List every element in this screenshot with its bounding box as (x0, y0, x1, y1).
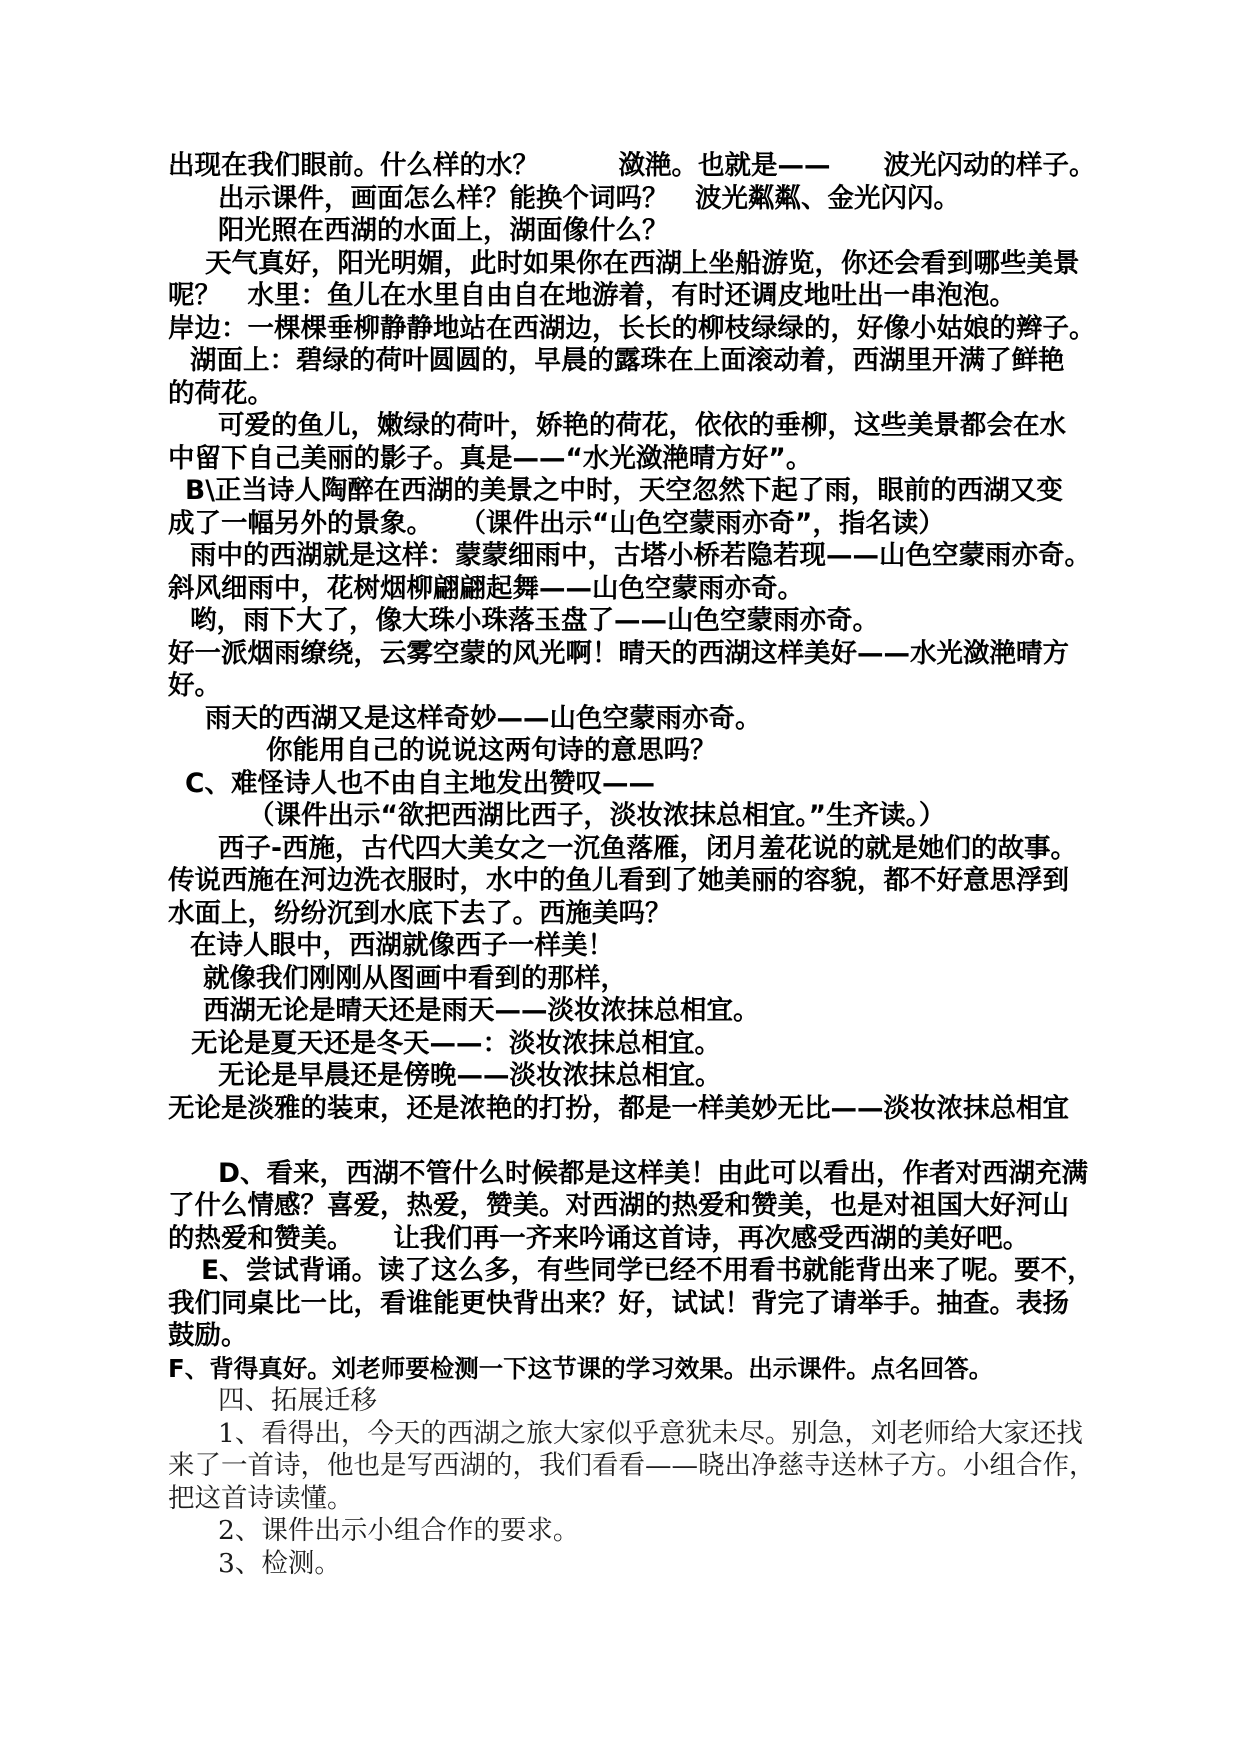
text-line: 传说西施在河边洗衣服时，水中的鱼儿看到了她美丽的容貌，都不好意思浮到 (168, 865, 1105, 898)
text-line: 西子-西施，古代四大美女之一沉鱼落雁，闭月羞花说的就是她们的故事。 (168, 833, 1105, 866)
text-line: 把这首诗读懂。 (168, 1483, 1105, 1516)
text-line: 的荷花。 (168, 378, 1105, 411)
text-line: E、尝试背诵。读了这么多，有些同学已经不用看书就能背出来了呢。要不， (168, 1255, 1105, 1288)
text-line: 雨中的西湖就是这样：蒙蒙细雨中，古塔小桥若隐若现——山色空蒙雨亦奇。 (168, 540, 1105, 573)
text-line: F、背得真好。刘老师要检测一下这节课的学习效果。出示课件。点名回答。 (168, 1353, 1105, 1386)
text-line: 1、看得出，今天的西湖之旅大家似乎意犹未尽。别急，刘老师给大家还找 (168, 1418, 1105, 1451)
text-line: 我们同桌比一比，看谁能更快背出来？好，试试！背完了请举手。抽查。表扬 (168, 1288, 1105, 1321)
blank-line (168, 1125, 1105, 1158)
text-line: 可爱的鱼儿，嫩绿的荷叶，娇艳的荷花，依依的垂柳，这些美景都会在水 (168, 410, 1105, 443)
text-line: 哟，雨下大了，像大珠小珠落玉盘了——山色空蒙雨亦奇。 (168, 605, 1105, 638)
text-line: 雨天的西湖又是这样奇妙——山色空蒙雨亦奇。 (168, 703, 1105, 736)
text-line: 好一派烟雨缭绕，云雾空蒙的风光啊！晴天的西湖这样美好——水光潋滟晴方 (168, 638, 1105, 671)
text-line: 的热爱和赞美。 让我们再一齐来吟诵这首诗，再次感受西湖的美好吧。 (168, 1223, 1105, 1256)
text-line: C、难怪诗人也不由自主地发出赞叹—— (168, 768, 1105, 801)
text-line: 天气真好，阳光明媚，此时如果你在西湖上坐船游览，你还会看到哪些美景 (168, 248, 1105, 281)
text-line: 就像我们刚刚从图画中看到的那样， (168, 963, 1105, 996)
text-line: （课件出示“欲把西湖比西子，淡妆浓抹总相宜。”生齐读。） (168, 800, 1105, 833)
document-page: 出现在我们眼前。什么样的水？ 潋滟。也就是—— 波光闪动的样子。出示课件，画面怎… (0, 0, 1241, 1754)
text-line: 成了一幅另外的景象。 （课件出示“山色空蒙雨亦奇”，指名读） (168, 508, 1105, 541)
text-line: 你能用自己的说说这两句诗的意思吗？ (168, 735, 1105, 768)
text-line: 好。 (168, 670, 1105, 703)
text-line: 呢？ 水里：鱼儿在水里自由自在地游着，有时还调皮地吐出一串泡泡。 (168, 280, 1105, 313)
text-line: D、看来，西湖不管什么时候都是这样美！由此可以看出，作者对西湖充满 (168, 1158, 1105, 1191)
text-line: 水面上，纷纷沉到水底下去了。西施美吗？ (168, 898, 1105, 931)
text-line: 鼓励。 (168, 1320, 1105, 1353)
text-line: 3、检测。 (168, 1548, 1105, 1581)
text-line: 西湖无论是晴天还是雨天——淡妆浓抹总相宜。 (168, 995, 1105, 1028)
text-line: 无论是夏天还是冬天——：淡妆浓抹总相宜。 (168, 1028, 1105, 1061)
text-line: 无论是早晨还是傍晚——淡妆浓抹总相宜。 (168, 1060, 1105, 1093)
text-line: 2、课件出示小组合作的要求。 (168, 1515, 1105, 1548)
text-line: 中留下自己美丽的影子。真是——“水光潋滟晴方好”。 (168, 443, 1105, 476)
text-line: 来了一首诗，他也是写西湖的，我们看看——晓出净慈寺送林子方。小组合作， (168, 1450, 1105, 1483)
text-line: 无论是淡雅的装束，还是浓艳的打扮，都是一样美妙无比——淡妆浓抹总相宜 (168, 1093, 1105, 1126)
text-line: 岸边：一棵棵垂柳静静地站在西湖边，长长的柳枝绿绿的，好像小姑娘的辫子。 (168, 313, 1105, 346)
text-line: 在诗人眼中，西湖就像西子一样美！ (168, 930, 1105, 963)
text-line: 斜风细雨中，花树烟柳翩翩起舞——山色空蒙雨亦奇。 (168, 573, 1105, 606)
text-line: B\正当诗人陶醉在西湖的美景之中时，天空忽然下起了雨，眼前的西湖又变 (168, 475, 1105, 508)
text-line: 出现在我们眼前。什么样的水？ 潋滟。也就是—— 波光闪动的样子。 (168, 150, 1105, 183)
text-line: 了什么情感？喜爱，热爱，赞美。对西湖的热爱和赞美，也是对祖国大好河山 (168, 1190, 1105, 1223)
text-line: 出示课件，画面怎么样？能换个词吗？ 波光粼粼、金光闪闪。 (168, 183, 1105, 216)
text-line: 阳光照在西湖的水面上，湖面像什么？ (168, 215, 1105, 248)
text-line: 湖面上：碧绿的荷叶圆圆的，早晨的露珠在上面滚动着，西湖里开满了鲜艳 (168, 345, 1105, 378)
text-line: 四、拓展迁移 (168, 1385, 1105, 1418)
